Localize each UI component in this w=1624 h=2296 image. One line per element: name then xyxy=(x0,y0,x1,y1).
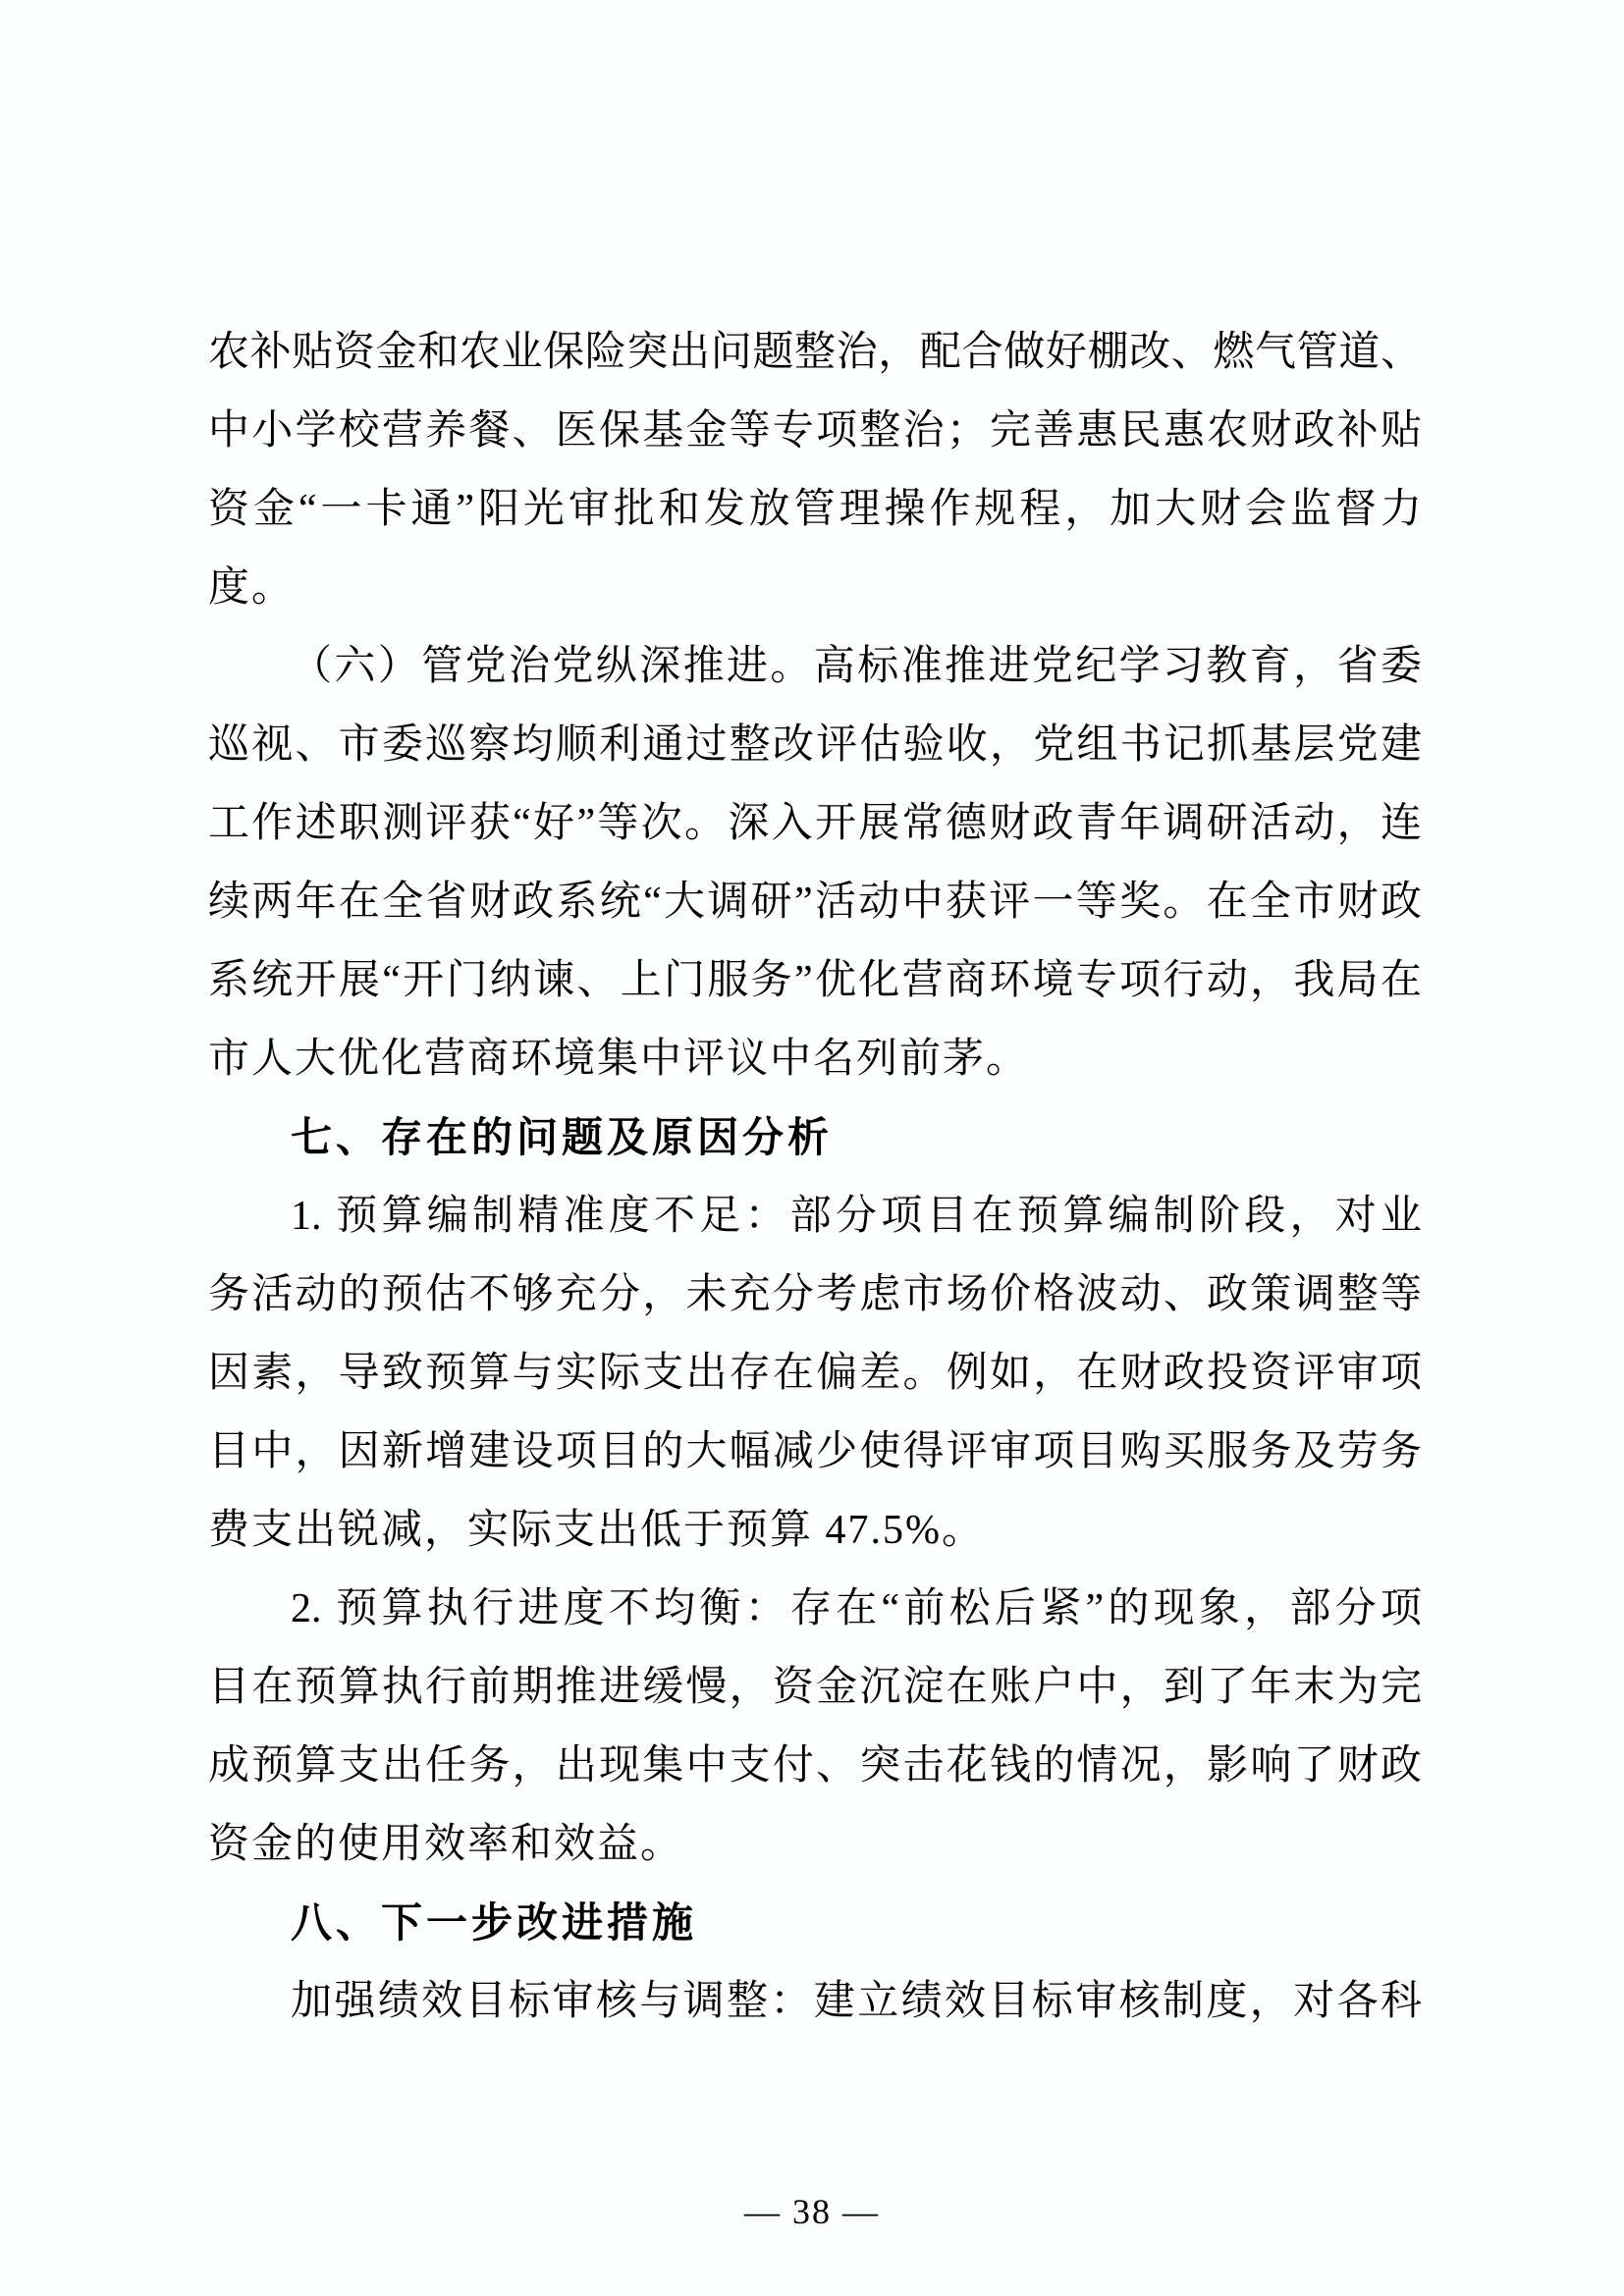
text-line: （六）管党治党纵深推进。高标准推进党纪学习教育，省委 xyxy=(208,627,1422,706)
text-line: 因素，导致预算与实际支出存在偏差。例如，在财政投资评审项 xyxy=(208,1334,1422,1413)
text-line: 工作述职测评获“好”等次。深入开展常德财政青年调研活动，连 xyxy=(208,784,1422,863)
text-line: 资金的使用效率和效益。 xyxy=(208,1805,1422,1884)
text-line: 系统开展“开门纳谏、上门服务”优化营商环境专项行动，我局在 xyxy=(208,941,1422,1020)
text-line: 成预算支出任务，出现集中支付、突击花钱的情况，影响了财政 xyxy=(208,1727,1422,1805)
text-line: 度。 xyxy=(208,549,1422,627)
page-number-footer: — 38 — xyxy=(0,2191,1624,2232)
text-line: 中小学校营养餐、医保基金等专项整治；完善惠民惠农财政补贴 xyxy=(208,392,1422,470)
text-line: 费支出锐减，实际支出低于预算 47.5%。 xyxy=(208,1491,1422,1570)
text-line: 2. 预算执行进度不均衡：存在“前松后紧”的现象，部分项 xyxy=(208,1570,1422,1648)
text-line: 加强绩效目标审核与调整：建立绩效目标审核制度，对各科 xyxy=(208,1962,1422,2041)
text-line: 续两年在全省财政系统“大调研”活动中获评一等奖。在全市财政 xyxy=(208,863,1422,941)
document-page: 农补贴资金和农业保险突出问题整治，配合做好棚改、燃气管道、 中小学校营养餐、医保… xyxy=(0,0,1624,2296)
text-line: 务活动的预估不够充分，未充分考虑市场价格波动、政策调整等 xyxy=(208,1255,1422,1334)
text-line: 目在预算执行前期推进缓慢，资金沉淀在账户中，到了年末为完 xyxy=(208,1648,1422,1727)
document-body: 农补贴资金和农业保险突出问题整治，配合做好棚改、燃气管道、 中小学校营养餐、医保… xyxy=(208,313,1422,2041)
text-line: 目中，因新增建设项目的大幅减少使得评审项目购买服务及劳务 xyxy=(208,1413,1422,1491)
text-line: 农补贴资金和农业保险突出问题整治，配合做好棚改、燃气管道、 xyxy=(208,313,1422,392)
text-line: 市人大优化营商环境集中评议中名列前茅。 xyxy=(208,1020,1422,1098)
text-line: 巡视、市委巡察均顺利通过整改评估验收，党组书记抓基层党建 xyxy=(208,706,1422,784)
text-line: 资金“一卡通”阳光审批和发放管理操作规程，加大财会监督力 xyxy=(208,470,1422,549)
section-heading-8: 八、下一步改进措施 xyxy=(208,1884,1422,1962)
section-heading-7: 七、存在的问题及原因分析 xyxy=(208,1098,1422,1177)
text-line: 1. 预算编制精准度不足：部分项目在预算编制阶段，对业 xyxy=(208,1177,1422,1255)
